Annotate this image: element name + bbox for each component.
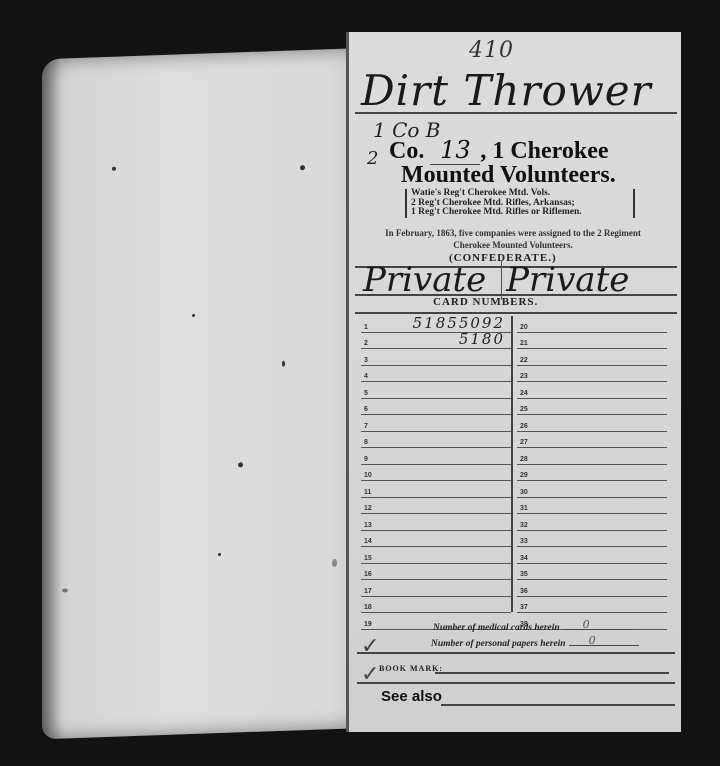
- card-numbers-rule: [355, 312, 677, 314]
- scan-background: 410 Dirt Thrower 1 Co B 2 Co. 13, 1 Cher…: [0, 0, 720, 766]
- note-line-2: Cherokee Mounted Volunteers.: [363, 239, 663, 251]
- paper-speck: [282, 361, 285, 367]
- paper-speck: [332, 559, 337, 567]
- card-number-row: 29: [517, 465, 667, 482]
- card-number-row: 12: [361, 498, 511, 515]
- regiment-aliases: Watie's Reg't Cherokee Mtd. Vols. 2 Reg'…: [405, 189, 635, 218]
- card-number-row: 10: [361, 465, 511, 482]
- company-annotation-2: 2: [367, 148, 378, 169]
- card-number-row: 16: [361, 564, 511, 581]
- book-mark-label: BOOK MARK:: [379, 664, 443, 673]
- paper-speck: [112, 167, 116, 171]
- personal-papers-value: 0: [589, 634, 596, 647]
- paper-speck: [192, 314, 195, 317]
- card-number-row: 15: [361, 547, 511, 564]
- card-number-row: 32: [517, 514, 667, 531]
- card-number-value: 5180: [459, 330, 505, 348]
- paper-speck: [238, 462, 243, 467]
- card-numbers-label: CARD NUMBERS.: [433, 296, 538, 308]
- card-number-row: 21: [517, 333, 667, 350]
- card-number-row: 7: [361, 415, 511, 432]
- check-mark-icon: ✓: [361, 634, 379, 659]
- index-card: 410 Dirt Thrower 1 Co B 2 Co. 13, 1 Cher…: [346, 32, 681, 732]
- paper-speck: [218, 553, 221, 556]
- card-number-row: 8: [361, 432, 511, 449]
- card-number-row: 4: [361, 366, 511, 383]
- card-number-row: 28: [517, 448, 667, 465]
- paper-speck: [62, 588, 68, 592]
- card-number-row: 18: [361, 597, 511, 614]
- book-mark-line: [435, 672, 669, 674]
- section-rule: [357, 682, 675, 684]
- card-number-row: 27: [517, 432, 667, 449]
- card-number-row: 20: [517, 316, 667, 333]
- card-number-row: 33: [517, 531, 667, 548]
- card-number-row: 13: [361, 514, 511, 531]
- card-number-row: 3: [361, 349, 511, 366]
- card-number-row: 36: [517, 580, 667, 597]
- card-number-row: 5: [361, 382, 511, 399]
- card-numbers-grid: 151855092 25180 3 4 5 6 7 8 9 10 11 12 1…: [361, 316, 669, 616]
- card-number-row: 37: [517, 597, 667, 614]
- paper-speck: [300, 165, 305, 170]
- company-regiment-line: Co. 13, 1 Cherokee: [389, 136, 609, 165]
- medical-cards-field: Number of medical cards herein0: [433, 620, 590, 633]
- assignment-note: In February, 1863, five companies were a…: [363, 227, 663, 251]
- personal-papers-field: Number of personal papers herein0: [431, 636, 596, 649]
- see-also-label: See also: [381, 688, 442, 705]
- card-number-top: 410: [469, 38, 514, 63]
- card-numbers-right-column: 20 21 22 23 24 25 26 27 28 29 30 31 32 3…: [517, 316, 667, 630]
- card-number-row: 9: [361, 448, 511, 465]
- unit-title: Mounted Volunteers.: [401, 162, 616, 189]
- medical-cards-label: Number of medical cards herein: [433, 623, 560, 633]
- regiment-suffix: , 1 Cherokee: [480, 138, 608, 164]
- card-number-row: 14: [361, 531, 511, 548]
- medical-cards-value: 0: [583, 618, 590, 631]
- card-numbers-left-column: 151855092 25180 3 4 5 6 7 8 9 10 11 12 1…: [361, 316, 513, 612]
- card-number-row: 31: [517, 498, 667, 515]
- card-number-row: 6: [361, 399, 511, 416]
- card-number-row: 17: [361, 580, 511, 597]
- company-prefix: Co.: [389, 138, 424, 164]
- card-number-row: 24: [517, 382, 667, 399]
- company-value: 13: [430, 136, 480, 165]
- note-line-1: In February, 1863, five companies were a…: [363, 227, 663, 239]
- see-also-line: [441, 704, 675, 706]
- card-number-row: 25: [517, 399, 667, 416]
- regiment-alias: 1 Reg't Cherokee Mtd. Rifles or Riflemen…: [411, 208, 629, 218]
- soldier-name: Dirt Thrower: [361, 66, 652, 115]
- card-number-row: 34: [517, 547, 667, 564]
- card-number-value: 51855092: [413, 314, 505, 332]
- personal-papers-label: Number of personal papers herein: [431, 639, 566, 649]
- left-blank-page: [42, 48, 364, 739]
- check-mark-icon: ✓: [361, 662, 379, 687]
- card-number-row: 23: [517, 366, 667, 383]
- card-number-row: 30: [517, 481, 667, 498]
- card-number-row: 25180: [361, 333, 511, 350]
- name-rule: [355, 112, 677, 114]
- card-number-row: 35: [517, 564, 667, 581]
- card-number-row: 22: [517, 349, 667, 366]
- card-number-row: 11: [361, 481, 511, 498]
- section-rule: [357, 652, 675, 654]
- card-number-row: 26: [517, 415, 667, 432]
